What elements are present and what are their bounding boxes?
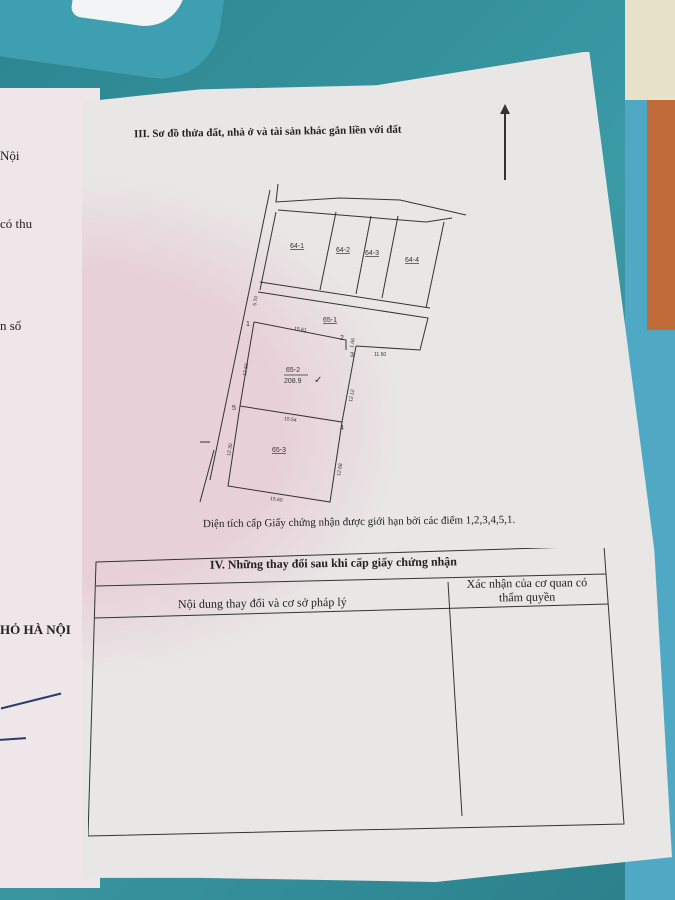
left-fragment-3: n số (0, 318, 21, 334)
left-fragment-4: HỎ HÀ NỘI (0, 622, 71, 638)
col-changes-header: Nội dung thay đổi và cơ sở pháp lý (178, 595, 347, 612)
svg-text:3: 3 (350, 352, 354, 359)
svg-text:64-3: 64-3 (365, 250, 379, 257)
svg-text:12.68: 12.68 (336, 463, 344, 477)
svg-text:2: 2 (340, 335, 344, 342)
col-confirmation-header: Xác nhận của cơ quan có thẩm quyền (462, 575, 592, 605)
svg-text:15.54: 15.54 (284, 416, 297, 424)
left-fragment-2: có thu (0, 216, 32, 232)
svg-text:12.12: 12.12 (348, 389, 356, 403)
svg-text:64-4: 64-4 (405, 257, 419, 264)
svg-text:15.61: 15.61 (294, 326, 307, 334)
svg-text:4: 4 (340, 425, 344, 432)
door (647, 100, 675, 330)
svg-text:5: 5 (232, 405, 236, 412)
svg-text:64-1: 64-1 (290, 243, 304, 250)
svg-text:208.9: 208.9 (284, 378, 302, 385)
svg-text:11.50: 11.50 (374, 352, 386, 358)
svg-text:15.60: 15.60 (270, 496, 283, 504)
north-arrow-icon (504, 110, 506, 180)
svg-text:✓: ✓ (314, 375, 322, 386)
svg-text:5.70: 5.70 (252, 296, 260, 307)
left-fragment-1: Nội (0, 148, 20, 164)
wall (625, 0, 675, 100)
svg-text:65-3: 65-3 (272, 447, 286, 454)
parcel-map: 64-1 64-2 64-3 64-4 65-1 65-2 208.9 ✓ 65… (190, 180, 480, 510)
svg-text:65-1: 65-1 (323, 317, 337, 324)
svg-text:65-2: 65-2 (286, 367, 300, 374)
svg-text:1: 1 (246, 321, 250, 328)
svg-text:13.50: 13.50 (242, 363, 250, 377)
svg-text:64-2: 64-2 (336, 247, 350, 254)
